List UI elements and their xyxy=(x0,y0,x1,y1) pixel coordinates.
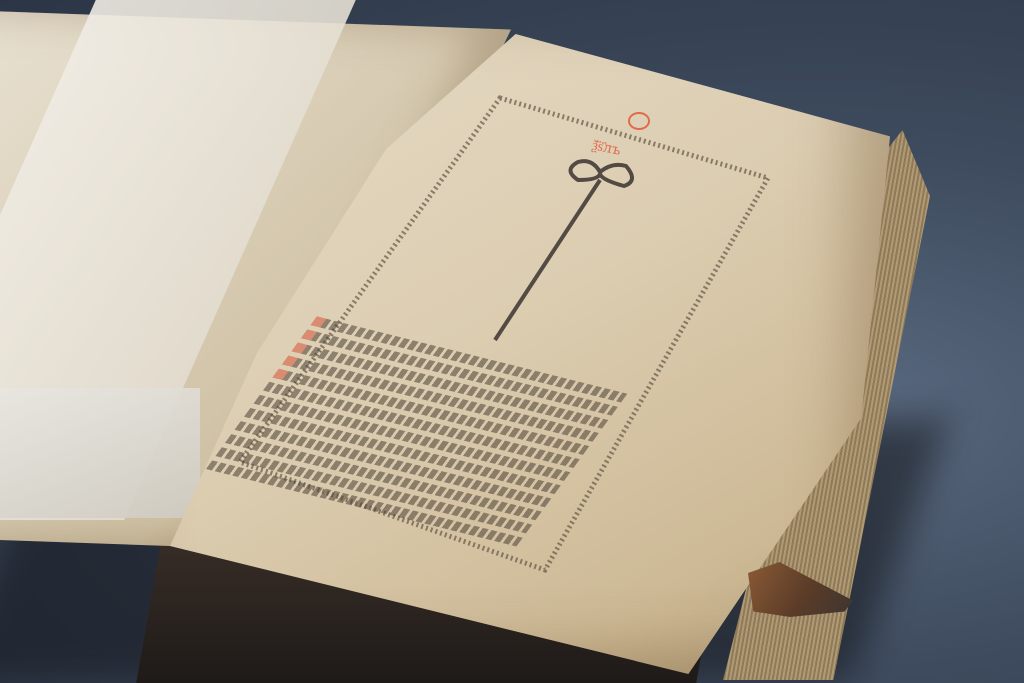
cross-ornament-icon xyxy=(628,112,650,130)
page-border-frame xyxy=(0,0,1024,683)
book-photo: ѯ҃ѕ҃лъ xyxy=(0,0,1024,683)
staff-ornament-icon xyxy=(495,161,632,340)
